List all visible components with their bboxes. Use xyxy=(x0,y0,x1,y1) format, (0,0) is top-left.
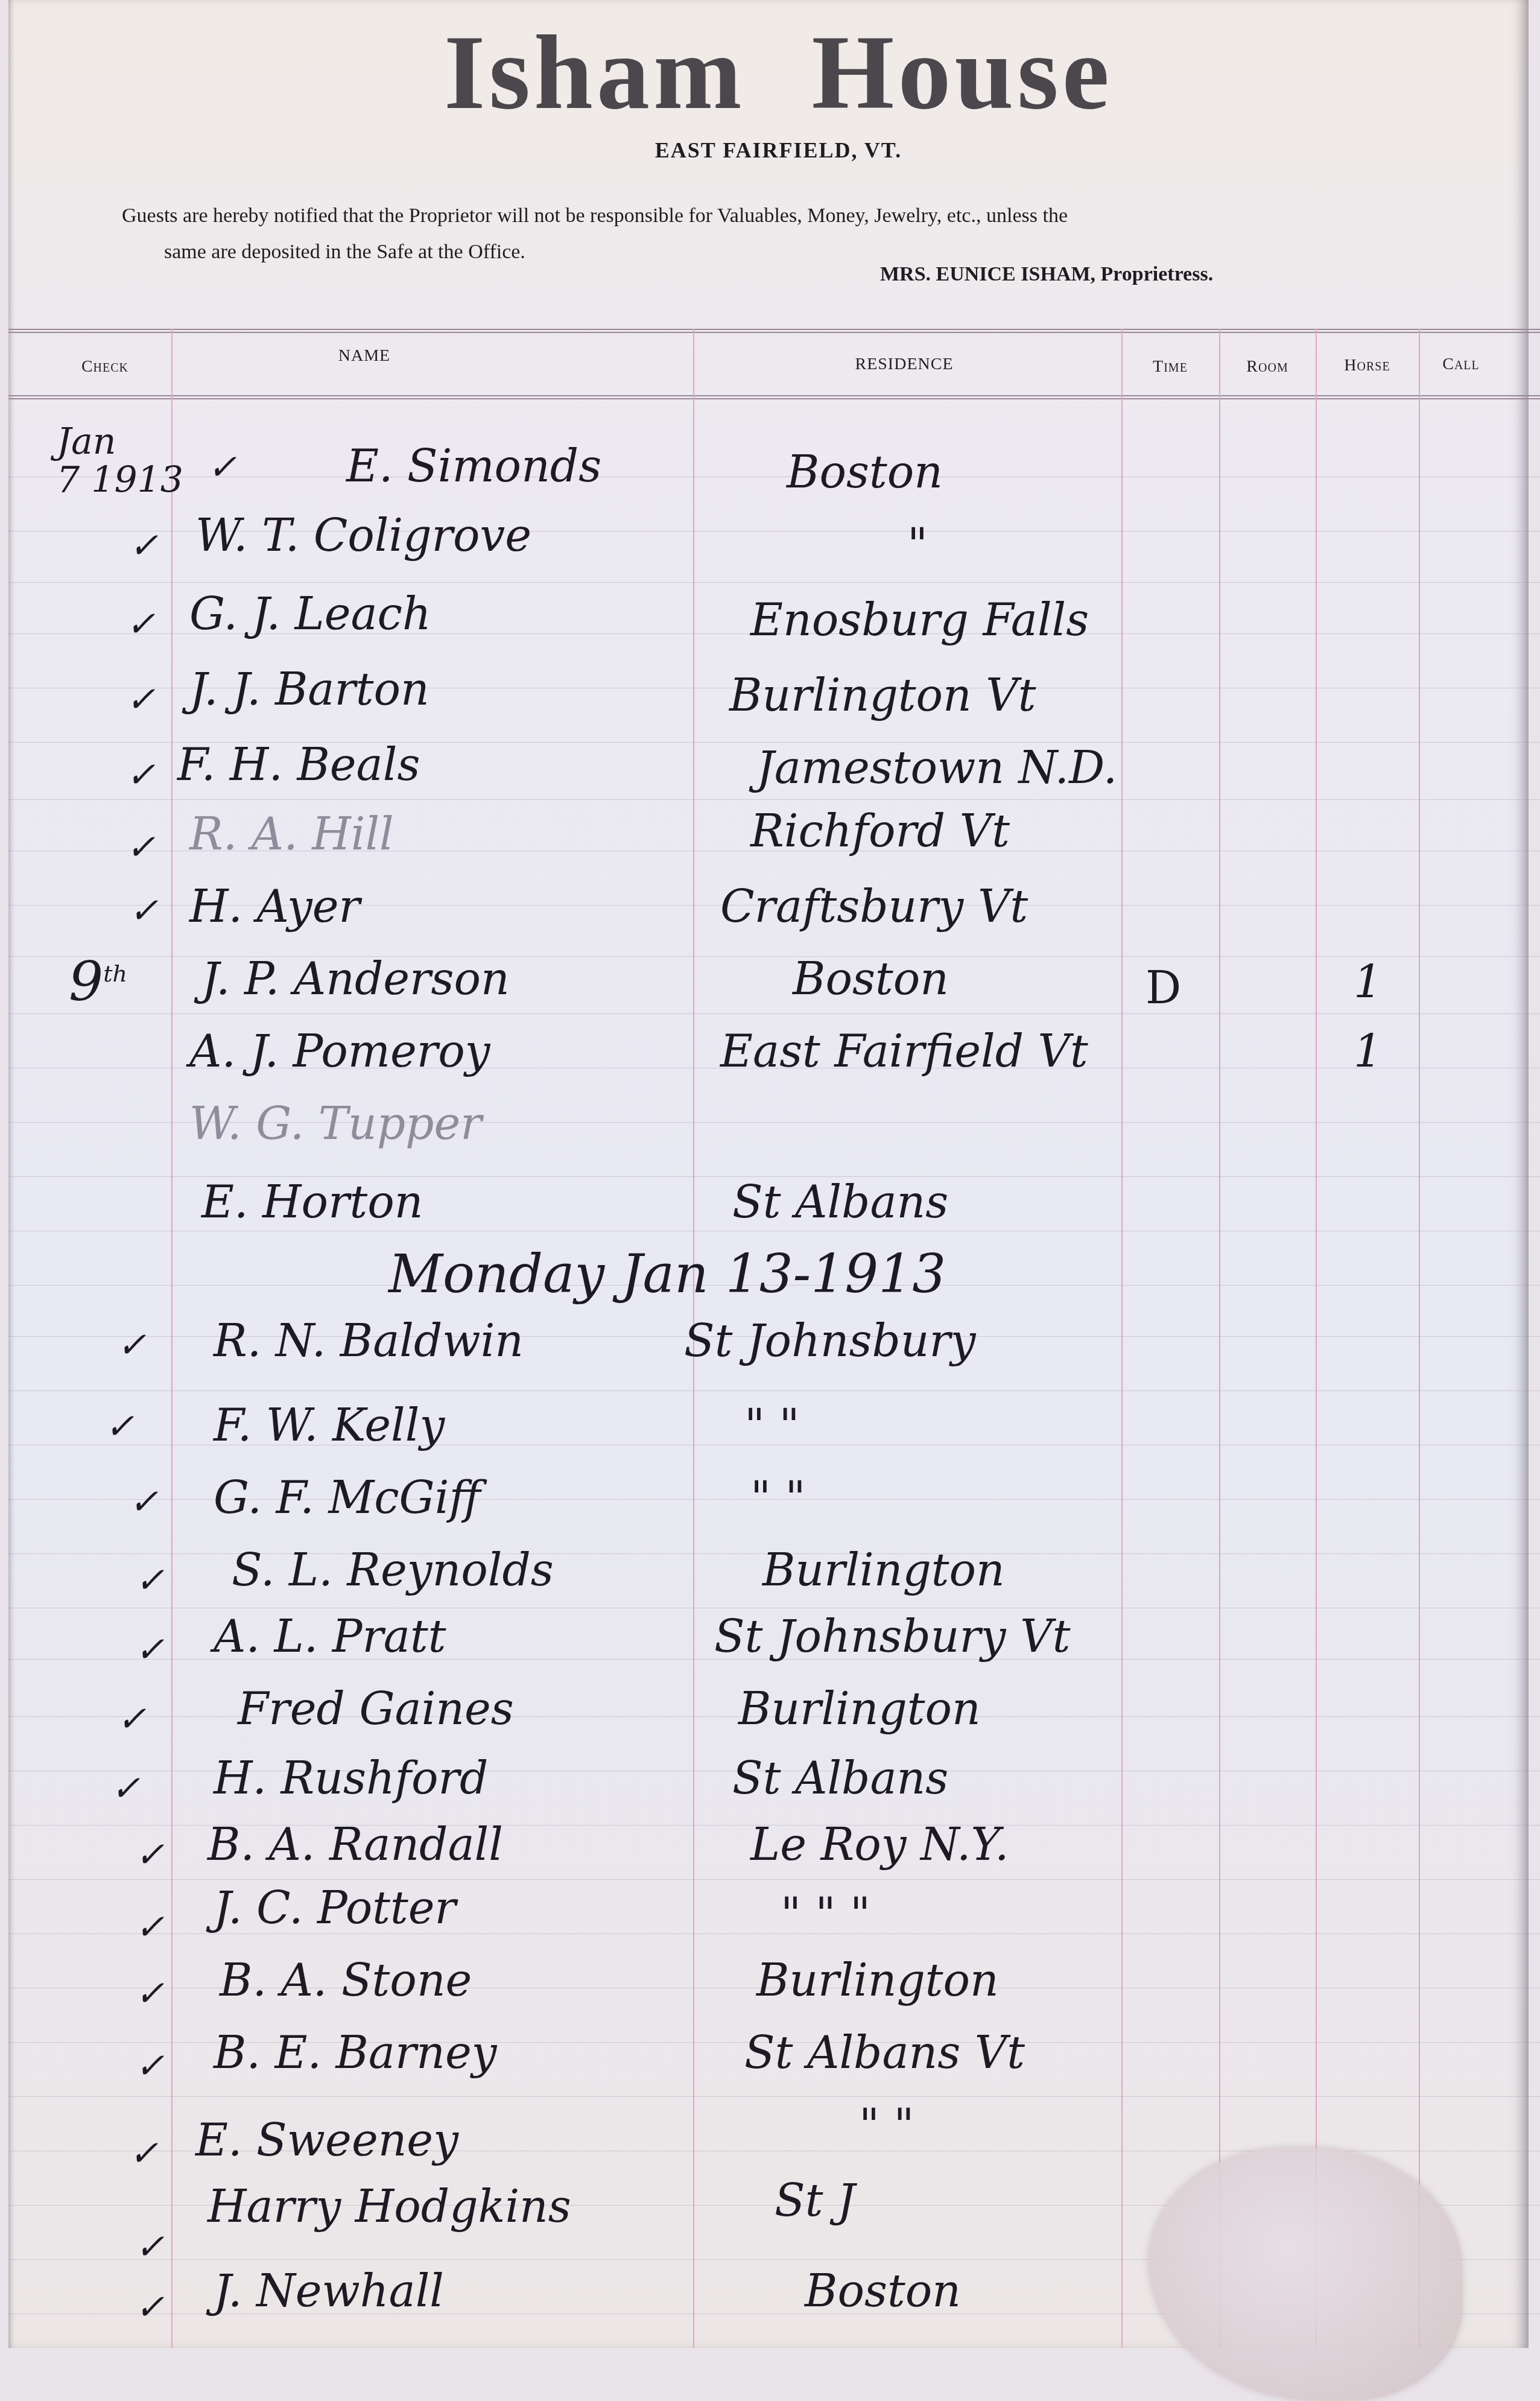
check-mark: ✓ xyxy=(117,1698,147,1739)
ledger-line xyxy=(8,2096,1540,2097)
check-mark: ✓ xyxy=(117,1324,147,1365)
check-mark: ✓ xyxy=(135,1906,165,1947)
header-rule-bottom xyxy=(8,395,1540,399)
check-mark: ✓ xyxy=(135,1559,165,1600)
guest-name: A. J. Pomeroy xyxy=(189,1026,490,1077)
guest-name: G. F. McGiff xyxy=(214,1472,481,1524)
column-divider xyxy=(1419,329,1420,2348)
guest-name: W. T. Coligrove xyxy=(195,510,531,562)
guest-residence: St Albans xyxy=(732,1176,948,1228)
guest-residence: Jamestown N.D. xyxy=(756,742,1117,794)
check-mark: ✓ xyxy=(135,2286,165,2327)
column-header-check: Check xyxy=(45,357,165,376)
guest-name: R. N. Baldwin xyxy=(214,1315,524,1367)
guest-residence: " " xyxy=(750,1472,806,1524)
proprietress-signature: MRS. EUNICE ISHAM, Proprietress. xyxy=(880,263,1213,286)
check-mark: ✓ xyxy=(135,1629,165,1670)
check-mark: ✓ xyxy=(105,1406,135,1447)
guest-residence: " " xyxy=(859,2099,914,2151)
guest-residence: St J xyxy=(775,2175,855,2227)
guest-residence: Burlington xyxy=(756,1955,999,2006)
guest-name: B. A. Randall xyxy=(208,1819,503,1871)
check-mark: ✓ xyxy=(135,2045,165,2086)
guest-residence: St Albans Vt xyxy=(744,2027,1025,2079)
check-mark: ✓ xyxy=(126,826,156,867)
ledger-line xyxy=(8,1391,1540,1391)
guest-residence: Boston xyxy=(787,446,943,498)
day-number: 9 xyxy=(69,950,103,1013)
horse-value: 1 xyxy=(1354,956,1382,1008)
guest-name: E. Horton xyxy=(201,1176,423,1228)
check-mark: ✓ xyxy=(126,603,156,644)
guest-name: F. W. Kelly xyxy=(214,1400,445,1451)
horse-value: 1 xyxy=(1354,1026,1382,1077)
day-ninth-annotation: 9th xyxy=(69,950,127,1013)
time-value: D xyxy=(1145,962,1181,1014)
guest-name: F. H. Beals xyxy=(177,739,420,791)
guest-residence: Burlington xyxy=(762,1544,1005,1596)
check-mark: ✓ xyxy=(111,1768,141,1809)
guest-residence: Burlington Vt xyxy=(729,670,1036,722)
column-header-time: Time xyxy=(1121,357,1219,376)
check-mark: ✓ xyxy=(135,2226,165,2267)
ledger-line xyxy=(8,1879,1540,1880)
column-header-call: Call xyxy=(1419,355,1503,374)
guest-name: Harry Hodgkins xyxy=(208,2181,571,2233)
guest-name: H. Rushford xyxy=(214,1752,488,1804)
hotel-title: Isham House xyxy=(8,12,1540,134)
day-suffix: th xyxy=(103,960,127,987)
ledger-line xyxy=(8,1013,1540,1014)
guest-residence: Le Roy N.Y. xyxy=(750,1819,1009,1871)
check-mark: ✓ xyxy=(126,754,156,795)
notice-line-2: same are deposited in the Safe at the Of… xyxy=(122,234,1437,270)
check-mark: ✓ xyxy=(126,679,156,720)
guest-residence: Enosburg Falls xyxy=(750,594,1089,646)
check-mark: ✓ xyxy=(129,890,159,931)
guest-name: W. G. Tupper xyxy=(189,1098,482,1150)
liability-notice: Guests are hereby notified that the Prop… xyxy=(122,198,1437,270)
water-stain xyxy=(1149,2148,1462,2348)
start-date-day-year: 7 1913 xyxy=(57,461,183,500)
guest-residence: St Johnsbury Vt xyxy=(714,1611,1070,1663)
guest-name: E. Sweeney xyxy=(195,2114,458,2166)
notice-line-1: Guests are hereby notified that the Prop… xyxy=(122,198,1437,234)
check-mark: ✓ xyxy=(135,1834,165,1875)
column-divider xyxy=(171,329,173,2348)
guest-residence: Boston xyxy=(793,953,949,1005)
guest-residence: Burlington xyxy=(738,1683,981,1735)
register-page: Isham House EAST FAIRFIELD, VT. Guests a… xyxy=(8,0,1529,2348)
guest-residence: St Albans xyxy=(732,1752,948,1804)
guest-name: J. C. Potter xyxy=(214,1882,456,1934)
guest-residence: East Fairfield Vt xyxy=(720,1026,1088,1077)
guest-name: B. E. Barney xyxy=(214,2027,497,2079)
hotel-location: EAST FAIRFIELD, VT. xyxy=(8,138,1540,163)
ledger-line xyxy=(8,1231,1540,1231)
check-mark: ✓ xyxy=(135,1973,165,2014)
monday-date-header: Monday Jan 13-1913 xyxy=(388,1243,946,1305)
guest-name: J. Newhall xyxy=(214,2265,444,2317)
guest-residence: Boston xyxy=(805,2265,961,2317)
ledger-line xyxy=(8,477,1540,477)
guest-name: G. J. Leach xyxy=(189,588,431,640)
column-header-residence: RESIDENCE xyxy=(693,355,1115,374)
column-divider xyxy=(1219,329,1220,2348)
guest-name: H. Ayer xyxy=(189,881,360,933)
check-mark: ✓ xyxy=(129,525,159,566)
guest-name: A. L. Pratt xyxy=(214,1611,446,1663)
guest-residence: " " xyxy=(744,1400,800,1451)
ledger-line xyxy=(8,1608,1540,1608)
guest-name: B. A. Stone xyxy=(220,1955,472,2006)
guest-residence: Craftsbury Vt xyxy=(720,881,1028,933)
guest-name: S. L. Reynolds xyxy=(232,1544,554,1596)
guest-name: E. Simonds xyxy=(346,440,601,492)
column-divider xyxy=(1316,329,1317,2348)
check-mark: ✓ xyxy=(208,446,237,487)
check-mark: ✓ xyxy=(129,1481,159,1522)
header-rule-top xyxy=(8,329,1540,333)
column-header-horse: Horse xyxy=(1316,356,1419,375)
check-mark: ✓ xyxy=(129,2133,159,2174)
guest-residence: St Johnsbury xyxy=(684,1315,976,1367)
guest-residence: " xyxy=(907,519,928,571)
column-header-room: Room xyxy=(1219,357,1316,376)
guest-residence: Richford Vt xyxy=(750,805,1010,857)
column-header-name: NAME xyxy=(171,346,557,366)
ledger-line xyxy=(8,799,1540,800)
start-date-annotation: Jan 7 1913 xyxy=(57,422,183,500)
guest-name: Fred Gaines xyxy=(238,1683,514,1735)
column-divider xyxy=(1121,329,1123,2348)
guest-residence: " " " xyxy=(781,1888,870,1940)
start-date-month: Jan xyxy=(57,422,183,461)
ledger-line xyxy=(8,582,1540,583)
guest-name: J. P. Anderson xyxy=(201,953,510,1005)
guest-name: J. J. Barton xyxy=(189,664,429,715)
guest-name: R. A. Hill xyxy=(189,808,394,860)
